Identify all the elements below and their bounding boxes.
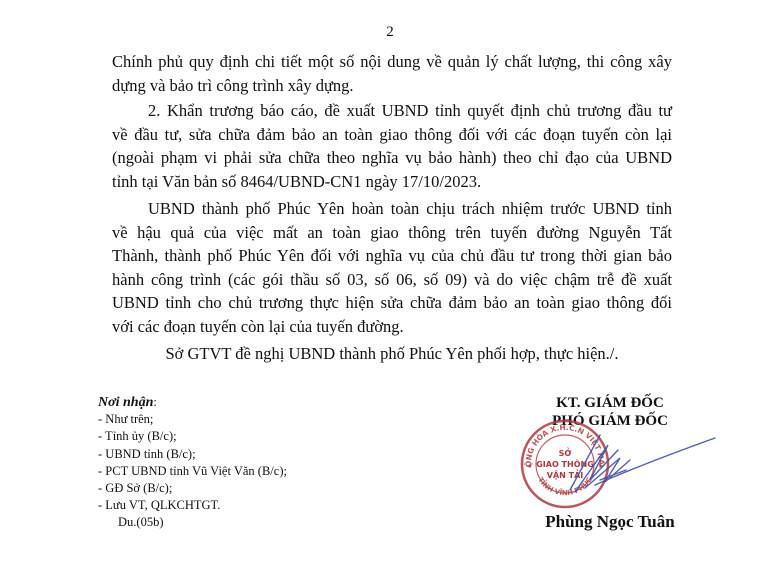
- text-line: UBND tỉnh cho chủ trương thực hiện sửa c…: [112, 291, 672, 315]
- recipient-item: - PCT UBND tỉnh Vũ Việt Văn (B/c);: [98, 463, 287, 480]
- recipient-item: - UBND tỉnh (B/c);: [98, 446, 287, 463]
- recipient-sub-note: Du.(05b): [98, 514, 287, 531]
- paragraph-1: Chính phủ quy định chi tiết một số nội d…: [112, 50, 672, 97]
- text-line: Sở GTVT đề nghị UBND thành phố Phúc Yên …: [112, 342, 672, 366]
- recipients-heading: Nơi nhận: [98, 395, 153, 410]
- svg-text:★: ★: [527, 463, 532, 470]
- paragraph-2: 2. Khẩn trương báo cáo, đề xuất UBND tỉn…: [112, 99, 672, 193]
- page-number: 2: [0, 24, 780, 41]
- text-line: Chính phủ quy định chi tiết một số nội d…: [112, 50, 672, 74]
- signature-title: KT. GIÁM ĐỐC: [520, 394, 700, 412]
- paragraph-3: UBND thành phố Phúc Yên hoàn toàn chịu t…: [112, 197, 672, 338]
- document-body: Chính phủ quy định chi tiết một số nội d…: [112, 50, 672, 368]
- text-line: hành công trình (các gói thầu số 03, số …: [112, 268, 672, 292]
- text-line: 2. Khẩn trương báo cáo, đề xuất UBND tỉn…: [112, 99, 672, 123]
- recipients-block: Nơi nhận: - Như trên; - Tỉnh ủy (B/c); -…: [98, 394, 287, 532]
- handwritten-signature-icon: [560, 430, 720, 500]
- recipients-heading-colon: :: [153, 395, 156, 409]
- recipient-item: - Như trên;: [98, 411, 287, 428]
- signer-name: Phùng Ngọc Tuân: [520, 512, 700, 532]
- recipient-item: - Lưu VT, QLKCHTGT.: [98, 497, 287, 514]
- text-line: về đầu tư, sửa chữa đảm bảo an toàn giao…: [112, 123, 672, 147]
- recipient-item: - Tỉnh ủy (B/c);: [98, 428, 287, 445]
- text-line: với các đoạn tuyến còn lại của tuyến đườ…: [112, 315, 672, 339]
- text-line: tỉnh tại Văn bản số 8464/UBND-CN1 ngày 1…: [112, 170, 672, 194]
- text-line: UBND thành phố Phúc Yên hoàn toàn chịu t…: [112, 197, 672, 221]
- recipient-item: - GĐ Sở (B/c);: [98, 480, 287, 497]
- paragraph-4: Sở GTVT đề nghị UBND thành phố Phúc Yên …: [112, 342, 672, 366]
- text-line: Thành, thành phố Phúc Yên đối với nghĩa …: [112, 244, 672, 268]
- text-line: về hậu quả của việc mất an toàn giao thô…: [112, 221, 672, 245]
- text-line: (ngoài phạm vi phải sửa chữa theo nghĩa …: [112, 146, 672, 170]
- text-line: dựng và bảo trì công trình xây dựng.: [112, 74, 672, 98]
